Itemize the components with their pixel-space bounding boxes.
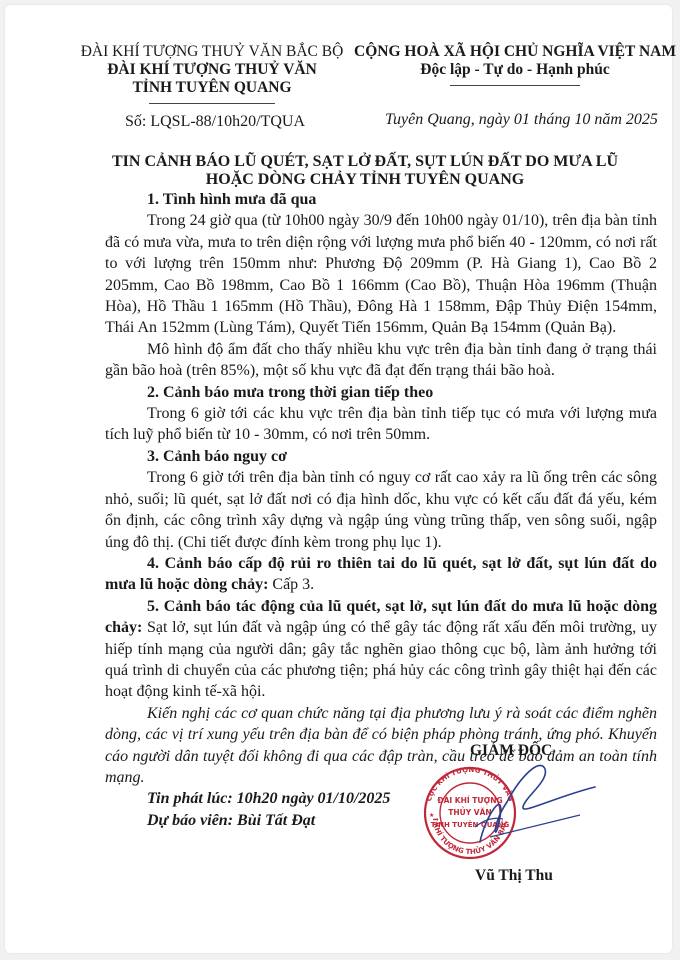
national-header: CỘNG HOÀ XÃ HỘI CHỦ NGHĨA VIỆT NAM Độc l… <box>350 43 680 86</box>
title-line2: HOẶC DÒNG CHẢY TỈNH TUYÊN QUANG <box>65 171 665 189</box>
handwritten-signature-icon <box>445 757 605 857</box>
agency-header: ĐÀI KHÍ TƯỢNG THUỶ VĂN BẮC BỘ ĐÀI KHÍ TƯ… <box>67 43 357 104</box>
section-1-soil-moisture-paragraph: Mô hình độ ẩm đất cho thấy nhiều khu vực… <box>105 339 657 382</box>
section-2-heading: 2. Cảnh báo mưa trong thời gian tiếp the… <box>105 382 657 403</box>
section-1-rainfall-paragraph: Trong 24 giờ qua (từ 10h00 ngày 30/9 đến… <box>105 210 657 338</box>
section-3-heading: 3. Cảnh báo nguy cơ <box>105 446 657 467</box>
document-number: Số: LQSL-88/10h20/TQUA <box>125 113 305 131</box>
agency-divider <box>149 103 275 104</box>
document-page: ĐÀI KHÍ TƯỢNG THUỶ VĂN BẮC BỘ ĐÀI KHÍ TƯ… <box>5 5 672 953</box>
title-line1: TIN CẢNH BÁO LŨ QUÉT, SẠT LỞ ĐẤT, SỤT LÚ… <box>65 153 665 171</box>
section-4-heading: 4. Cảnh báo cấp độ rủi ro thiên tai do l… <box>105 555 657 593</box>
section-1-heading: 1. Tình hình mưa đã qua <box>105 189 657 210</box>
section-5-impact-text: Sạt lở, sụt lún đất và ngập úng có thể g… <box>105 619 657 700</box>
signatory-name: Vũ Thị Thu <box>475 867 553 885</box>
section-2-paragraph: Trong 6 giờ tới các khu vực trên địa bàn… <box>105 403 657 446</box>
svg-text:★: ★ <box>429 812 434 819</box>
national-motto: Độc lập - Tự do - Hạnh phúc <box>350 61 680 79</box>
motto-divider <box>450 85 580 86</box>
section-5: 5. Cảnh báo tác động của lũ quét, sạt lở… <box>105 596 657 703</box>
risk-level-value: Cấp 3. <box>268 576 314 593</box>
section-3-paragraph: Trong 6 giờ tới trên địa bàn tỉnh có ngu… <box>105 467 657 553</box>
place-date: Tuyên Quang, ngày 01 tháng 10 năm 2025 <box>385 111 658 129</box>
country-name: CỘNG HOÀ XÃ HỘI CHỦ NGHĨA VIỆT NAM <box>350 43 680 61</box>
agency-name-line2: TỈNH TUYÊN QUANG <box>67 79 357 97</box>
agency-name-line1: ĐÀI KHÍ TƯỢNG THUỶ VĂN <box>67 61 357 79</box>
document-title: TIN CẢNH BÁO LŨ QUÉT, SẠT LỞ ĐẤT, SỤT LÚ… <box>65 153 665 189</box>
section-4: 4. Cảnh báo cấp độ rủi ro thiên tai do l… <box>105 553 657 596</box>
document-body: 1. Tình hình mưa đã qua Trong 24 giờ qua… <box>105 189 657 831</box>
agency-parent: ĐÀI KHÍ TƯỢNG THUỶ VĂN BẮC BỘ <box>67 43 357 61</box>
